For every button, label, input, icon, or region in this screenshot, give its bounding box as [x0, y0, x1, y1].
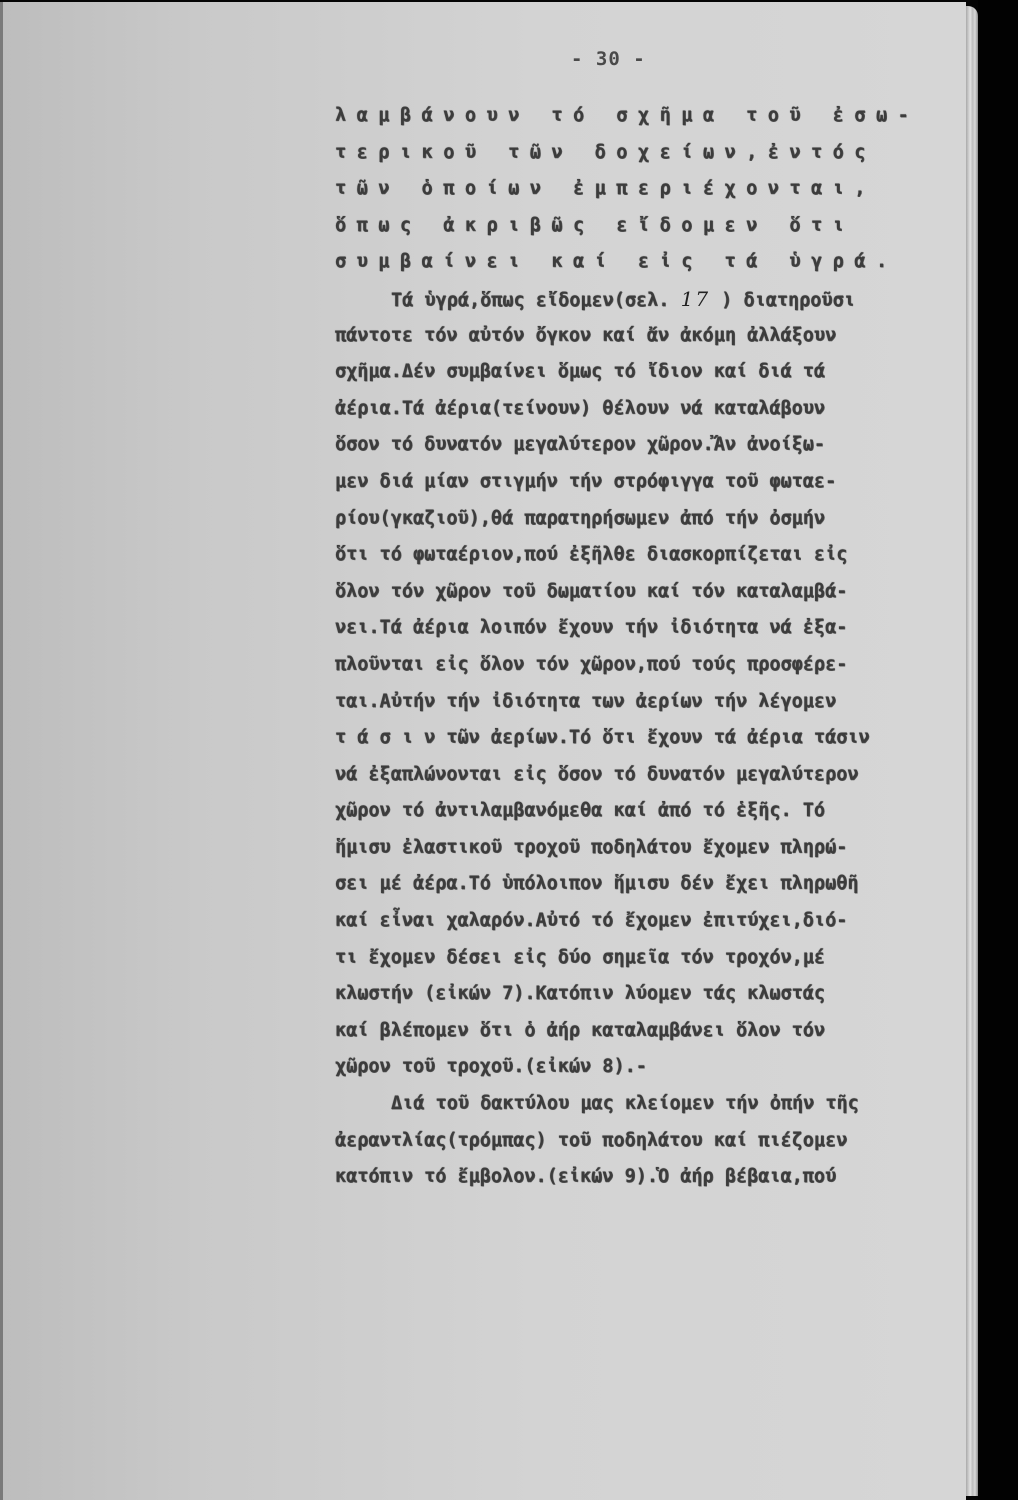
text-line: κλωστήν (εἰκών 7).Κατόπιν λύομεν τάς κλω… [335, 976, 970, 1013]
text-line: σχῆμα.Δέν συμβαίνει ὅμως τό ἴδιον καί δι… [335, 354, 970, 391]
text-line: σει μέ ἀέρα.Τό ὑπόλοιπον ἥμισυ δέν ἔχει … [335, 866, 970, 903]
text-line: ται.Αὐτήν τήν ἰδιότητα των ἀερίων τήν λέ… [335, 684, 970, 721]
text-line: ρίου(γκαζιοῦ),θά παρατηρήσωμεν ἀπό τήν ὀ… [335, 501, 970, 538]
text-line: τ ά σ ι ν τῶν ἀερίων.Τό ὅτι ἔχουν τά ἀέρ… [335, 720, 970, 757]
typewritten-page: - 30 - λαμβάνουν τό σχῆμα τοῦ ἐσω- τερικ… [0, 2, 966, 1500]
page-edge [966, 6, 978, 1496]
text-line: ὅτι τό φωταέριον,πού ἐξῆλθε διασκορπίζετ… [335, 537, 970, 574]
text-line: χῶρον τοῦ τροχοῦ.(εἰκών 8).- [335, 1049, 970, 1086]
text-line: πλοῦνται εἰς ὅλον τόν χῶρον,πού τούς προ… [335, 647, 970, 684]
body-text: λαμβάνουν τό σχῆμα τοῦ ἐσω- τερικοῦ τῶν … [335, 98, 970, 1196]
text-segment: ) διατηροῦσι [710, 290, 855, 311]
text-line: ὅλον τόν χῶρον τοῦ δωματίου καί τόν κατα… [335, 574, 970, 611]
text-line-with-annotation: Τά ὑγρά,ὅπως εἴδομεν(σελ. 17 ) διατηροῦσ… [335, 281, 970, 318]
document-scan: - 30 - λαμβάνουν τό σχῆμα τοῦ ἐσω- τερικ… [0, 0, 1018, 1500]
text-line: καί βλέπομεν ὅτι ὁ ἀήρ καταλαμβάνει ὅλον… [335, 1013, 970, 1050]
page-number: - 30 - [571, 48, 646, 70]
scan-background [978, 0, 1018, 1500]
text-line: νά ἐξαπλώνονται εἰς ὅσον τό δυνατόν μεγα… [335, 757, 970, 794]
text-line: ὅσον τό δυνατόν μεγαλύτερον χῶρον.Ἄν ἀνο… [335, 427, 970, 464]
text-line: νει.Τά ἀέρια λοιπόν ἔχουν τήν ἰδιότητα ν… [335, 610, 970, 647]
text-line: συμβαίνει καί εἰς τά ὑγρά. [335, 244, 970, 281]
text-line: Διά τοῦ δακτύλου μας κλείομεν τήν ὀπήν τ… [335, 1086, 970, 1123]
text-line: ἥμισυ ἐλαστικοῦ τροχοῦ ποδηλάτου ἔχομεν … [335, 830, 970, 867]
text-line: τῶν ὁποίων ἐμπεριέχονται, [335, 171, 970, 208]
text-line: ὅπως ἀκριβῶς εἴδομεν ὅτι [335, 208, 970, 245]
text-line: ἀέρια.Τά ἀέρια(τείνουν) θέλουν νά καταλά… [335, 391, 970, 428]
text-line: καί εἶναι χαλαρόν.Αὐτό τό ἔχομεν ἐπιτύχε… [335, 903, 970, 940]
text-line: τερικοῦ τῶν δοχείων,ἐντός [335, 135, 970, 172]
text-line: λαμβάνουν τό σχῆμα τοῦ ἐσω- [335, 98, 970, 135]
text-line: χῶρον τό ἀντιλαμβανόμεθα καί ἀπό τό ἑξῆς… [335, 793, 970, 830]
text-line: ἀεραντλίας(τρόμπας) τοῦ ποδηλάτου καί πι… [335, 1123, 970, 1160]
text-line: τι ἔχομεν δέσει εἰς δύο σημεῖα τόν τροχό… [335, 940, 970, 977]
text-line: κατόπιν τό ἔμβολον.(εἰκών 9).Ὁ ἀήρ βέβαι… [335, 1159, 970, 1196]
text-line: μεν διά μίαν στιγμήν τήν στρόφιγγα τοῦ φ… [335, 464, 970, 501]
text-line: πάντοτε τόν αὐτόν ὄγκον καί ἄν ἀκόμη ἀλλ… [335, 318, 970, 355]
text-segment: Τά ὑγρά,ὅπως εἴδομεν(σελ. [391, 290, 681, 311]
handwritten-page-reference: 17 [681, 287, 710, 311]
